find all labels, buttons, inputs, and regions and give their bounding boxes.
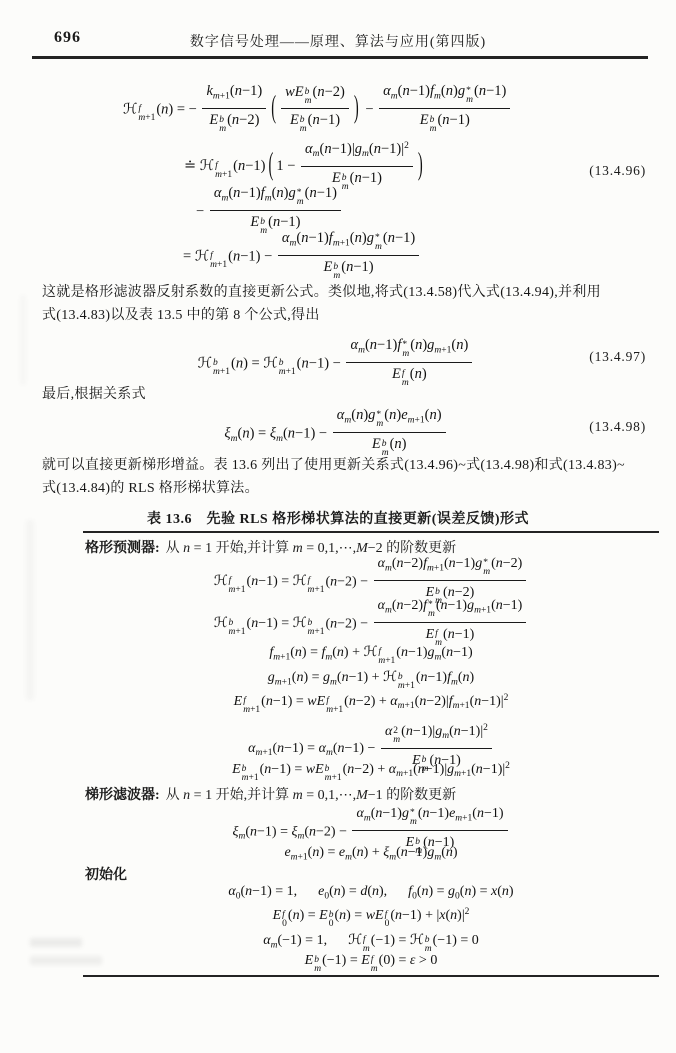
eq-number-13-4-98: (13.4.98) [589,419,646,435]
eq-96-line-1: ℋfm+1(n) = − km+1(n−1)Ebm(n−2)(wEbm(n−2)… [123,84,512,136]
table-title: 表 13.6 先验 RLS 格形梯状算法的直接更新(误差反馈)形式 [0,508,676,528]
header-rule [32,56,648,59]
table-eq-4: gm+1(n) = gm(n−1) + ℋbm+1(n−1)fm(n) [83,669,659,691]
table-eq-5: Efm+1(n−1) = wEfm+1(n−2) + αm+1(n−2)|fm+… [83,693,659,715]
table-section-ladder-filter: 梯形滤波器:从 n = 1 开始,并计算 m = 0,1,⋯,M−1 的阶数更新 [85,784,456,804]
paragraph-after-eq96-line-1: 这就是格形滤波器反射系数的直接更新公式。类似地,将式(13.4.58)代入式(1… [42,281,601,301]
header-book-title: 数字信号处理——原理、算法与应用(第四版) [0,31,676,51]
table-eq-10: α0(n−1) = 1, e0(n) = d(n), f0(n) = g0(n)… [83,884,659,901]
table-eq-3: fm+1(n) = fm(n) + ℋfm+1(n−1)gm(n−1) [83,644,659,666]
eq-96-line-4: = ℋfm+1(n−1) − αm(n−1)fm+1(n)g*m(n−1)Ebm… [183,231,421,283]
table-section-initialization: 初始化 [85,864,133,884]
scan-artifact [26,520,34,700]
initialization-label: 初始化 [85,868,127,883]
scan-artifact [30,938,82,947]
lattice-predictor-label: 格形预测器: [85,541,160,556]
paragraph-after-eq98-line-2: 式(13.4.84)的 RLS 格形梯状算法。 [42,477,259,497]
eq-98: ξm(n) = ξm(n−1) − αm(n)g*m(n)em+1(n)Ebm(… [40,408,632,460]
table-eq-12: αm(−1) = 1, ℋfm(−1) = ℋbm(−1) = 0 [83,932,659,954]
paragraph-before-eq98: 最后,根据关系式 [42,383,146,403]
table-eq-7: Ebm+1(n−1) = wEbm+1(n−2) + αm+1(n−1)|gm+… [83,761,659,783]
table-top-rule [83,531,659,533]
ladder-filter-label: 梯形滤波器: [85,788,160,803]
table-eq-11: Ef0(n) = Eb0(n) = wEf0(n−1) + |x(n)|2 [83,907,659,929]
paragraph-after-eq96-line-2: 式(13.4.83)以及表 13.5 中的第 8 个公式,得出 [42,304,320,324]
table-bottom-rule [83,975,659,977]
book-page: 696 数字信号处理——原理、算法与应用(第四版) ℋfm+1(n) = − k… [0,0,676,1053]
scan-artifact [20,295,26,385]
eq-number-13-4-96: (13.4.96) [589,163,646,179]
eq-number-13-4-97: (13.4.97) [589,349,646,365]
table-eq-9: em+1(n) = em(n) + ξm(n−1)gm(n) [83,845,659,862]
table-eq-13: Ebm(−1) = Efm(0) = ε > 0 [83,953,659,974]
ladder-filter-text: 从 n = 1 开始,并计算 m = 0,1,⋯,M−1 的阶数更新 [166,788,457,803]
table-eq-2: ℋbm+1(n−1) = ℋbm+1(n−2) − αm(n−2)f*m(n−1… [83,598,659,650]
paragraph-after-eq98-line-1: 就可以直接更新梯形增益。表 13.6 列出了使用更新关系式(13.4.96)~式… [42,454,625,474]
